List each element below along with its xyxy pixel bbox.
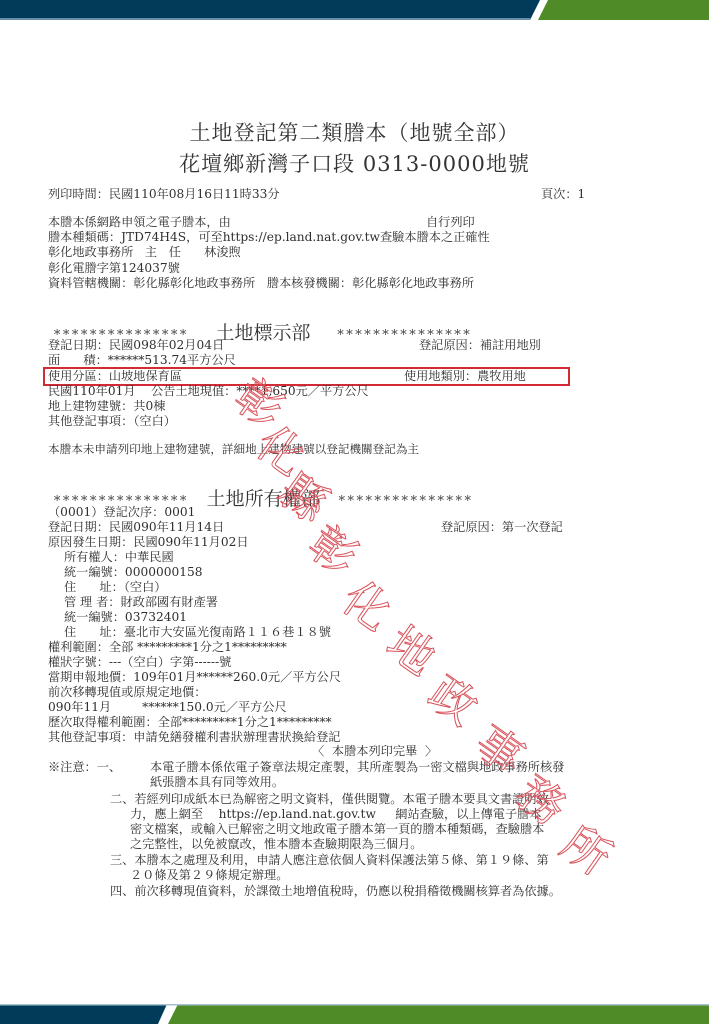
prev-transfer-label: 前次移轉現值或原規定地價：: [48, 685, 206, 699]
title-number: 權狀字號：---（空白）字第------號: [48, 655, 231, 669]
note-1-line-1: 本電子謄本係依電子簽章法規定產製，其所產製為一密文檔與地政事務所核發: [150, 760, 564, 774]
reg-sequence: （0001）登記次序：0001: [48, 505, 195, 519]
notes-prefix: ※注意：一、: [48, 760, 121, 774]
intro-self-print: 自行列印: [426, 215, 475, 229]
parcel-title: 花壇鄉新灣子口段 0313-0000地號: [0, 148, 709, 178]
manager-id: 統一編號：03732401: [64, 610, 187, 624]
intro-line-2: 謄本種類碼：JTD74H4S，可至https://ep.land.nat.gov…: [48, 230, 490, 244]
page-number: 頁次：1: [541, 187, 585, 201]
bottom-decorative-band: [0, 1004, 709, 1024]
own-reg-date: 登記日期：民國090年11月14日: [48, 520, 224, 534]
intro-line-1: 本謄本係網路申領之電子謄本，由: [48, 215, 231, 229]
own-other-items: 其他登記事項：申請免繕發權利書狀辦理書狀換給登記: [48, 730, 341, 744]
manager: 管 理 者：財政部國有財產署: [64, 595, 218, 609]
land-reg-date: 登記日期：民國098年02月04日: [48, 338, 224, 352]
intro-line-4: 彰化電謄字第124037號: [48, 261, 180, 275]
note-2-line-3: 密文檔案，或輸入已解密之明文地政電子謄本第一頁的謄本種類碼，查驗謄本: [130, 822, 544, 836]
document-title: 土地登記第二類謄本（地號全部）: [0, 117, 709, 147]
note-3-line-1: 三、本謄本之處理及利用，申請人應注意依個人資料保護法第５條、第１９條、第: [110, 853, 549, 867]
land-registry-transcript: 土地登記第二類謄本（地號全部） 花壇鄉新灣子口段 0313-0000地號 列印時…: [0, 0, 709, 1024]
end-of-print-mark: 〈 本謄本列印完畢 〉: [312, 744, 437, 758]
intro-line-3: 彰化地政事務所 主 任 林浚煦: [48, 245, 241, 259]
note-2-line-4: 之完整性，以免被竄改，惟本謄本查驗期限為三個月。: [130, 837, 423, 851]
owner: 所有權人：中華民國: [64, 550, 174, 564]
intro-line-5: 資料管轄機關：彰化縣彰化地政事務所 謄本核發機關：彰化縣彰化地政事務所: [48, 276, 474, 290]
owner-address: 住 址：（空白）: [64, 580, 166, 594]
note-3-line-2: ２０條及第２９條規定辦理。: [130, 868, 288, 882]
prev-transfer-value: 090年11月 ******150.0元／平方公尺: [48, 700, 287, 714]
building-number-note: 本謄本未申請列印地上建物建號，詳細地上建物建號以登記機關登記為主: [48, 442, 419, 456]
print-time: 列印時間：民國110年08月16日11時33分: [48, 187, 280, 201]
land-other-items: 其他登記事項：（空白）: [48, 414, 176, 428]
manager-address: 住 址：臺北市大安區光復南路１１６巷１８號: [64, 625, 331, 639]
owner-id: 統一編號：0000000158: [64, 565, 202, 579]
rights-scope: 權利範圍：全部 *********1分之1*********: [48, 640, 287, 654]
cause-date: 原因發生日期：民國090年11月02日: [48, 535, 249, 549]
building-numbers: 地上建物建號：共0棟: [48, 399, 165, 413]
note-4: 四、前次移轉現值資料，於課徵土地增值稅時，仍應以稅捐稽徵機關核算者為依據。: [110, 884, 561, 898]
land-reg-reason: 登記原因：補註用地別: [419, 338, 541, 352]
hist-rights-scope: 歷次取得權利範圍：全部*********1分之1*********: [48, 715, 332, 729]
declared-land-value: 當期申報地價：109年01月******260.0元／平方公尺: [48, 670, 341, 684]
note-1-line-2: 紙張謄本具有同等效用。: [150, 775, 284, 789]
land-area: 面 積：******513.74平方公尺: [48, 353, 236, 367]
own-reg-reason: 登記原因：第一次登記: [441, 520, 563, 534]
announced-land-value: 民國110年01月 公告土地現值：****1,650元／平方公尺: [48, 384, 369, 398]
note-2-line-2: 力，應上網至 https://ep.land.nat.gov.tw 網站查驗，以…: [130, 807, 542, 821]
note-2-line-1: 二、若經列印成紙本已為解密之明文資料，僅供閱覽。本電子謄本要具文書證明效: [110, 792, 549, 806]
